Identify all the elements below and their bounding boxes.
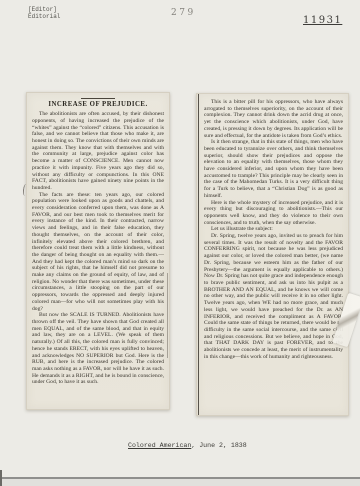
article-paragraph: But now the SCALE IS TURNED. Abolitionis… [32, 312, 164, 386]
headline-rule [81, 98, 115, 99]
caption-date: , June 2, 1838 [191, 442, 246, 449]
scanned-document-page: [Editor] Editorial 279 11931 INCREASE OF… [0, 0, 360, 486]
scanner-edge-strip [0, 479, 360, 486]
article-paragraph: This is a bitter pill for his oppressors… [204, 99, 343, 139]
right-column-text: This is a bitter pill for his oppressors… [204, 99, 343, 360]
page-number-stamp: 279 [171, 8, 196, 18]
newspaper-clipping-right-column: This is a bitter pill for his oppressors… [196, 93, 349, 416]
editor-annotation: [Editor] Editorial [28, 6, 60, 20]
article-paragraph: The facts are these: ten years ago, our … [32, 192, 164, 313]
left-column-text: The abolitionists are often accused, by … [32, 111, 164, 386]
catalog-number-stamp: 11931 [303, 15, 342, 26]
article-paragraph: Is it then strange, that in this state o… [204, 139, 343, 199]
source-caption: Colored American, June 2, 1838 [128, 442, 247, 449]
article-headline: INCREASE OF PREJUDICE. [32, 102, 164, 109]
article-paragraph: Dr. Spring, twelve years ago, invited us… [204, 233, 343, 360]
article-paragraph: The abolitionists are often accused, by … [32, 111, 164, 191]
caption-source: Colored American [128, 442, 191, 449]
newspaper-clipping-left-column: INCREASE OF PREJUDICE. The abolitionists… [26, 92, 170, 410]
article-paragraph: Here is the whole mystery of increased p… [204, 200, 343, 227]
scanner-corner-mark [0, 470, 2, 486]
